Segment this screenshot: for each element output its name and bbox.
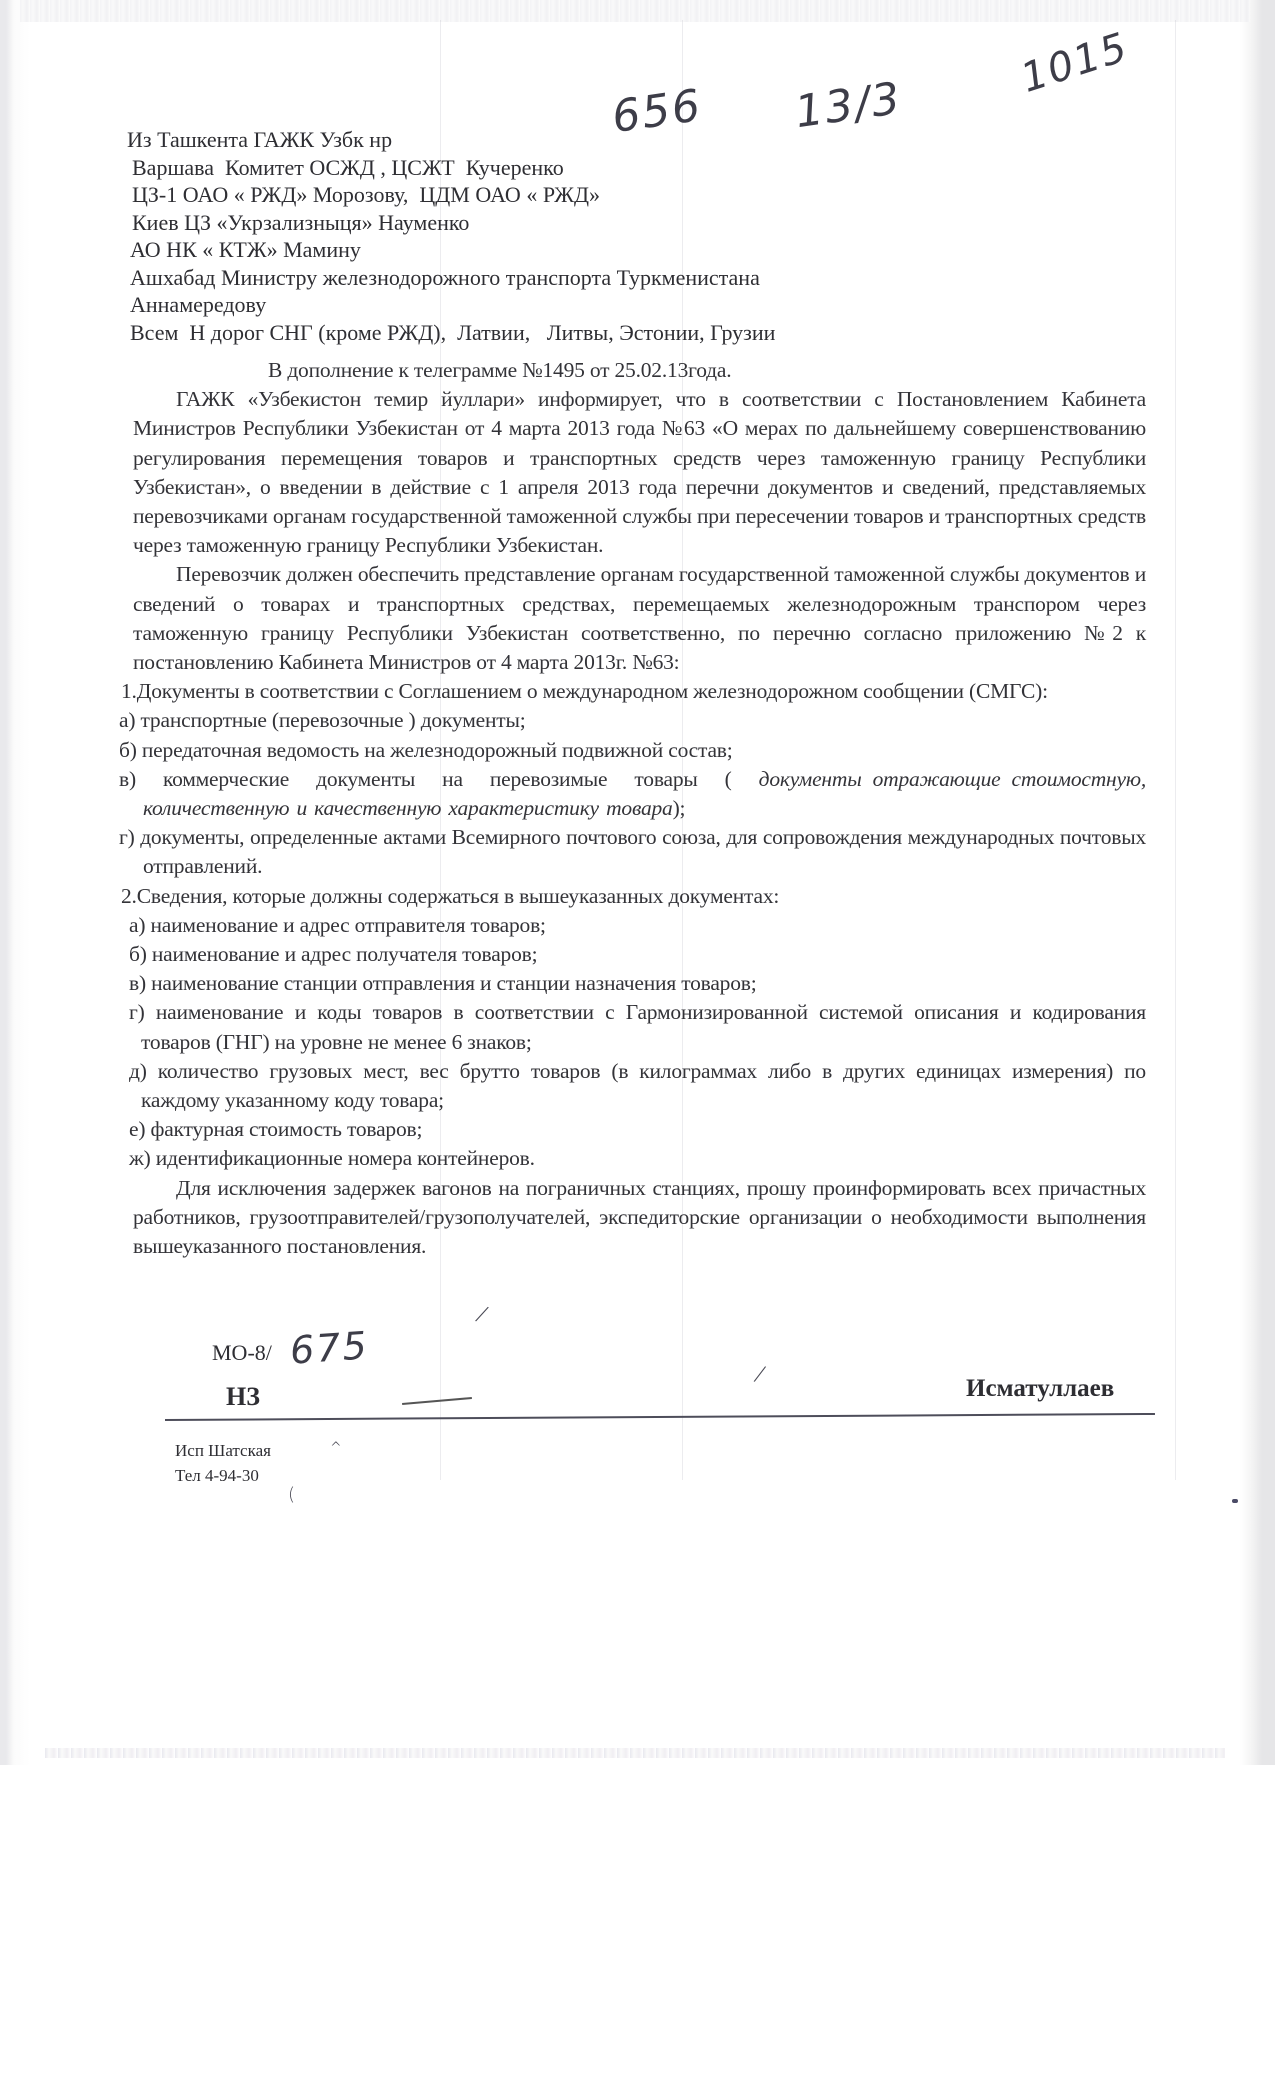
item-text: в) коммерческие документы на перевозимые… [119, 767, 759, 791]
section-2-item: в) наименование станции отправления и ст… [129, 969, 1146, 998]
item-tail: ); [673, 796, 686, 820]
section-1-item: г) документы, определенные актами Всемир… [119, 823, 1146, 881]
scan-edge-noise [45, 1748, 1225, 1758]
header-line: ЦЗ-1 ОАО « РЖД» Морозову, ЦДМ ОАО « РЖД» [127, 181, 775, 209]
section-2-item: ж) идентификационные номера контейнеров. [129, 1144, 1146, 1173]
section-2-item: г) наименование и коды товаров в соответ… [129, 998, 1146, 1056]
handwritten-date: 13/3 [792, 73, 905, 138]
scanned-page: 656 13/3 1015 Из Ташкента ГАЖК Узбк нр В… [0, 0, 1275, 1765]
bracket-mark-icon: ( [288, 1484, 295, 1505]
signer-name: Исматуллаев [966, 1375, 1114, 1403]
section-1-title: 1.Документы в соответствии с Соглашением… [121, 677, 1146, 706]
header-line: Киев ЦЗ «Укрзализныця» Науменко [127, 209, 775, 237]
outgoing-prefix: МО-8/ [212, 1340, 272, 1365]
section-2-item: д) количество грузовых мест, вес брутто … [129, 1057, 1146, 1115]
outgoing-number: МО-8/ [212, 1340, 272, 1366]
department-code: НЗ [226, 1382, 260, 1412]
section-2-title: 2.Сведения, которые должны содержаться в… [121, 882, 1146, 911]
section-1-item: а) транспортные (перевозочные ) документ… [119, 706, 1146, 735]
telegram-body: В дополнение к телеграмме №1495 от 25.02… [133, 356, 1146, 1261]
section-2-item: а) наименование и адрес отправителя това… [129, 911, 1146, 940]
scan-edge-noise [20, 0, 1250, 22]
check-mark-icon: / [473, 1302, 490, 1328]
caret-mark-icon: ^ [330, 1440, 342, 1456]
executor-block: Исп Шатская Тел 4-94-30 [175, 1438, 271, 1488]
addressee-block: Из Ташкента ГАЖК Узбк нр Варшава Комитет… [127, 126, 775, 346]
header-line: АО НК « КТЖ» Мамину [127, 236, 775, 264]
handwritten-time: 1015 [1016, 24, 1135, 102]
reference-line: В дополнение к телеграмме №1495 от 25.02… [133, 356, 1146, 385]
executor-phone: Тел 4-94-30 [175, 1463, 271, 1488]
header-line: Ашхабад Министру железнодорожного трансп… [127, 264, 775, 292]
section-2-item: б) наименование и адрес получателя товар… [129, 940, 1146, 969]
header-line: Аннамередову [127, 291, 775, 319]
paragraph-intro: ГАЖК «Узбекистон темир йуллари» информир… [133, 385, 1146, 560]
scan-speck [1232, 1499, 1238, 1503]
executor-name: Исп Шатская [175, 1438, 271, 1463]
header-line-from: Из Ташкента ГАЖК Узбк нр [127, 126, 775, 154]
paragraph-closing: Для исключения задержек вагонов на погра… [133, 1174, 1146, 1262]
header-line: Всем Н дорог СНГ (кроме РЖД), Латвии, Ли… [127, 319, 775, 347]
signature-stroke-icon [402, 1397, 472, 1405]
section-2-item: е) фактурная стоимость товаров; [129, 1115, 1146, 1144]
signature-divider [165, 1413, 1155, 1421]
scan-streak [1175, 20, 1176, 1480]
check-mark-icon: / [752, 1361, 768, 1387]
handwritten-outgoing-number: 675 [289, 1323, 370, 1372]
paragraph-carrier: Перевозчик должен обеспечить представлен… [133, 560, 1146, 677]
header-line: Варшава Комитет ОСЖД , ЦСЖТ Кучеренко [127, 154, 775, 182]
section-1-item: б) передаточная ведомость на железнодоро… [119, 736, 1146, 765]
section-1-item-commercial: в) коммерческие документы на перевозимые… [119, 765, 1146, 823]
